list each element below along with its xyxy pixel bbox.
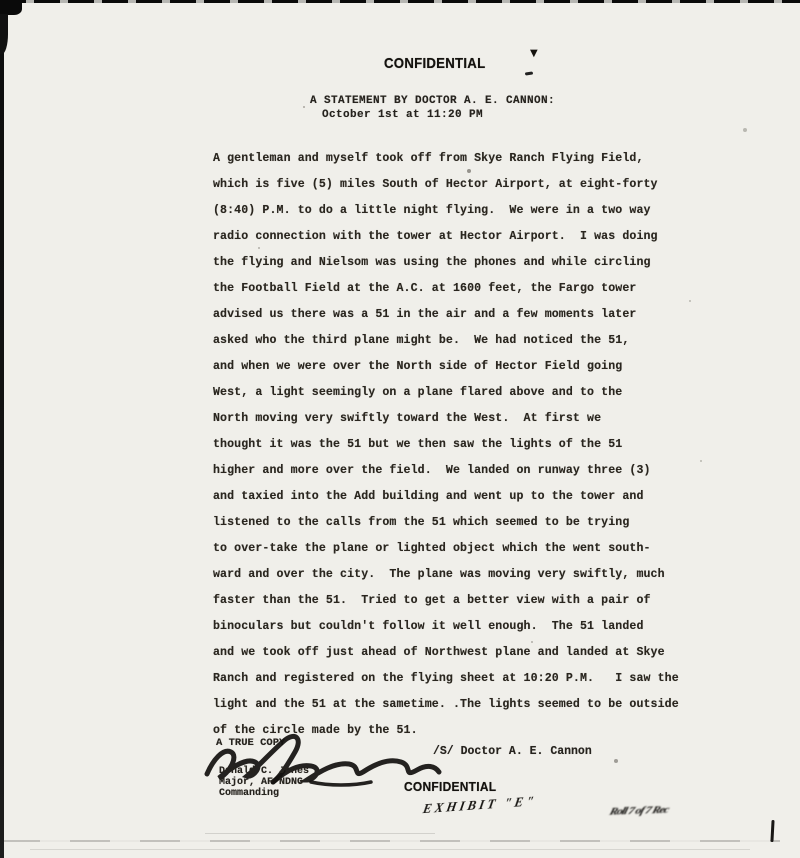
triangle-mark: ▼ [530, 48, 538, 59]
body-line: North moving very swiftly toward the Wes… [213, 406, 673, 432]
statement-date: October 1st at 11:20 PM [322, 109, 483, 121]
signer-name: Donald C. Jones [219, 766, 309, 777]
confidential-stamp-top: CONFIDENTIAL [384, 55, 485, 72]
scan-streak [30, 849, 750, 850]
body-line: higher and more over the field. We lande… [213, 458, 673, 484]
body-line: (8:40) P.M. to do a little night flying.… [213, 198, 673, 224]
typed-signature-line: /S/ Doctor A. E. Cannon [433, 745, 592, 758]
body-line: and we took off just ahead of Northwest … [213, 640, 673, 666]
body-line: the Football Field at the A.C. at 1600 f… [213, 276, 673, 302]
scan-streak [205, 833, 435, 834]
body-line: West, a light seemingly on a plane flare… [213, 380, 673, 406]
pen-mark-artifact [770, 820, 774, 842]
confidential-stamp-bottom: CONFIDENTIAL [404, 779, 496, 794]
body-line: radio connection with the tower at Hecto… [213, 224, 673, 250]
scanned-document-page: ▼ CONFIDENTIAL A STATEMENT BY DOCTOR A. … [0, 0, 800, 858]
statement-body: A gentleman and myself took off from Sky… [213, 146, 673, 744]
body-line: binoculars but couldn't follow it well e… [213, 614, 673, 640]
body-line: light and the 51 at the sametime. .The l… [213, 692, 673, 718]
scan-specks [0, 0, 2, 2]
body-line: faster than the 51. Tried to get a bette… [213, 588, 673, 614]
handwritten-annotation: Roll 7 of 7 Rec [608, 803, 670, 818]
scan-edge-left [0, 0, 4, 858]
scan-edge-top [0, 0, 800, 3]
body-line: ward and over the city. The plane was mo… [213, 562, 673, 588]
body-line: advised us there was a 51 in the air and… [213, 302, 673, 328]
body-line: Ranch and registered on the flying sheet… [213, 666, 673, 692]
signer-rank: Major, AF NDNG [219, 777, 303, 788]
body-line: to over-take the plane or lighted object… [213, 536, 673, 562]
body-line: thought it was the 51 but we then saw th… [213, 432, 673, 458]
body-line: asked who the third plane might be. We h… [213, 328, 673, 354]
body-line: and when we were over the North side of … [213, 354, 673, 380]
scan-corner-artifact [0, 14, 8, 54]
dash-mark [525, 71, 533, 75]
scan-streak [0, 840, 780, 842]
statement-title: A STATEMENT BY DOCTOR A. E. CANNON: [310, 95, 555, 107]
scan-corner-artifact [0, 0, 22, 15]
signer-role: Commanding [219, 788, 279, 799]
body-line: the flying and Nielsom was using the pho… [213, 250, 673, 276]
body-line: and taxied into the Add building and wen… [213, 484, 673, 510]
body-line: A gentleman and myself took off from Sky… [213, 146, 673, 172]
body-line: which is five (5) miles South of Hector … [213, 172, 673, 198]
body-line: listened to the calls from the 51 which … [213, 510, 673, 536]
